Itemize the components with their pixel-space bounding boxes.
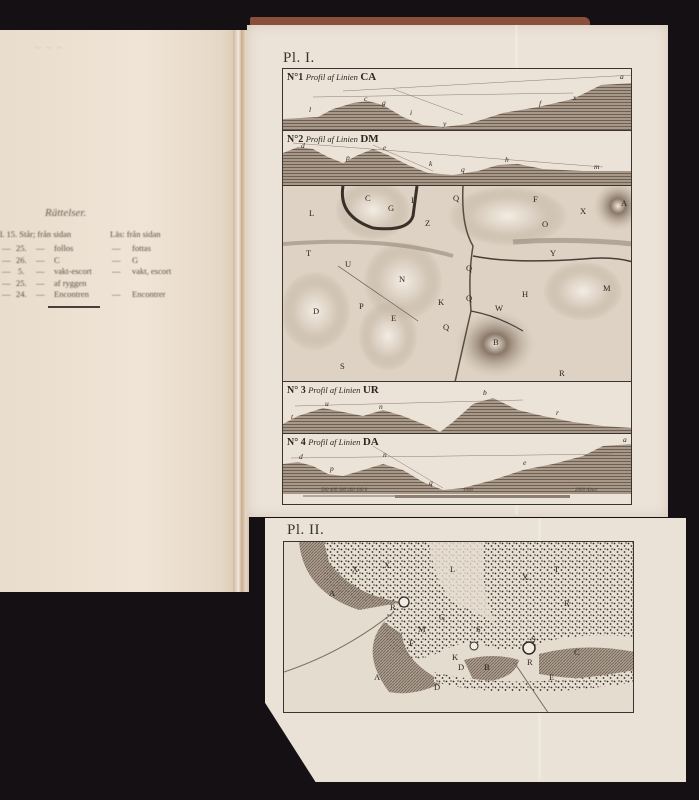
errata-row: — 5. — vakt-escort — vakt, escort — [0, 266, 240, 278]
terrain-map-drawing — [283, 186, 631, 382]
profile-3-title: N° 3 Profil af Linien UR — [287, 384, 379, 396]
plate-1-frame: N°1 Profil af Linien CA l c g i y f x a … — [282, 68, 632, 505]
errata-title: Rättelser. — [45, 207, 86, 219]
profile-1-title: N°1 Profil af Linien CA — [287, 71, 376, 83]
profile-2: N°2 Profil af Linien DM d p e k q h m — [283, 131, 631, 186]
left-book-page: ~ ~ ~ — [0, 30, 240, 592]
errata-row: — 24. — Encontren — Encontrer — [0, 289, 240, 301]
scale-right-label: 2000 Alnar — [575, 488, 598, 493]
plate-1-terrain-map: L C G I Z Q F X A O T U Y N Q M H D P K … — [283, 186, 631, 382]
errata-row: — 25. — follos — fottas — [0, 243, 240, 255]
plate-2-battle-map: A X X L X T R G M F S S C R K B D A D R … — [283, 541, 634, 713]
plate-2-label: Pl. II. — [287, 522, 324, 539]
profile-4-title: N° 4 Profil af Linien DA — [287, 436, 379, 448]
plate-2-map-drawing — [284, 542, 634, 713]
scale-left-ticks: 500 400 300 200 100 0 — [321, 488, 367, 493]
plate-1-label: Pl. I. — [283, 50, 315, 67]
errata-divider — [48, 306, 100, 308]
profile-4: N° 4 Profil af Linien DA d p n q e a 500… — [283, 434, 631, 504]
errata-header-left: d. 15. Står; från sidan — [0, 229, 71, 239]
faint-page-heading: ~ ~ ~ — [35, 42, 63, 54]
scale-mid-label: 1000 — [463, 488, 473, 493]
errata-header-row: d. 15. Står; från sidan Läs: från sidan — [0, 229, 240, 241]
errata-header-right: Läs: från sidan — [110, 229, 161, 239]
profile-1: N°1 Profil af Linien CA l c g i y f x a — [283, 69, 631, 131]
profile-3: N° 3 Profil af Linien UR t u n b r — [283, 382, 631, 434]
